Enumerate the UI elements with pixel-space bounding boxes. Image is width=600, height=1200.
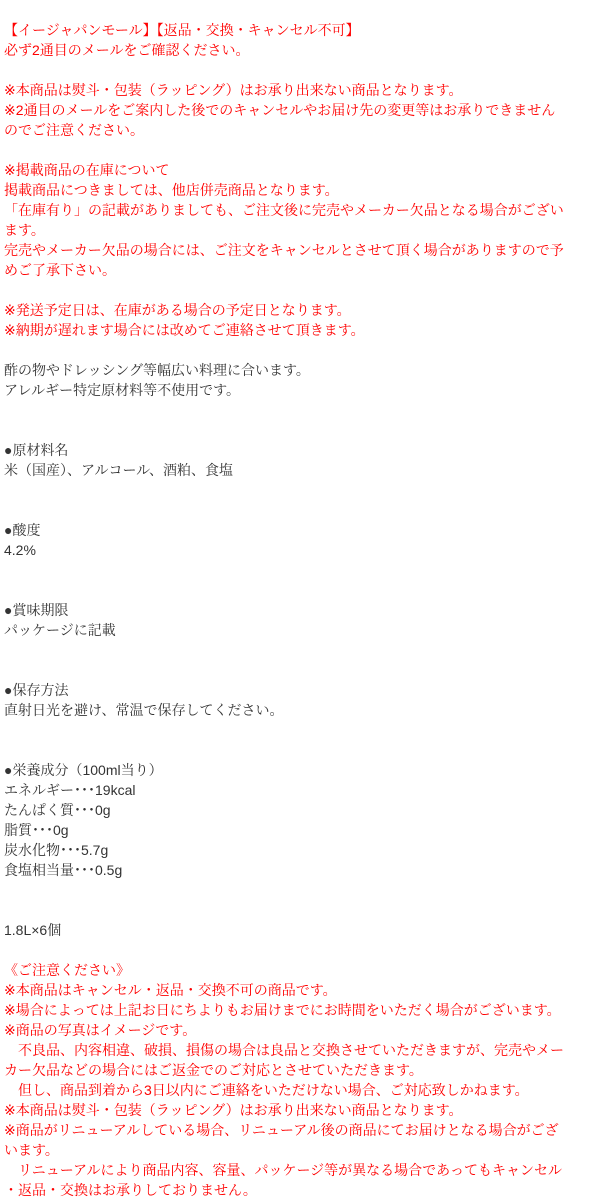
nutrition-value: 0g [53,822,69,838]
ingredients-value: 米（国産）、アルコール、酒粕、食塩 [4,460,595,480]
expiry-section: ●賞味期限 パッケージに記載 [4,600,595,640]
nutrition-separator: ･･･ [60,842,81,858]
shipping-date-notice: ※発送予定日は、在庫がある場合の予定日となります。 ※納期が遅れます場合には改め… [4,300,595,340]
storage-heading: ●保存方法 [4,680,595,700]
nutrition-heading: ●栄養成分（100ml当り） [4,760,595,780]
ingredients-heading: ●原材料名 [4,440,595,460]
nutrition-label: 脂質 [4,822,32,838]
product-description: 酢の物やドレッシング等幅広い料理に合います。 アレルギー特定原材料等不使用です。 [4,360,595,400]
nutrition-label: エネルギー [4,782,74,798]
nutrition-value: 19kcal [95,782,135,798]
nutrition-row-salt: 食塩相当量･･･0.5g [4,860,595,880]
nutrition-value: 0g [95,802,111,818]
mall-header-notice: 【イージャパンモール】【返品・交換・キャンセル不可】 必ず2通目のメールをご確認… [4,20,595,60]
nutrition-label: 食塩相当量 [4,862,74,878]
nutrition-row-carbohydrate: 炭水化物･･･5.7g [4,840,595,860]
nutrition-label: 炭水化物 [4,842,60,858]
nutrition-row-fat: 脂質･･･0g [4,820,595,840]
product-info-page: 【イージャパンモール】【返品・交換・キャンセル不可】 必ず2通目のメールをご確認… [0,0,600,1200]
nutrition-label: たんぱく質 [4,802,74,818]
nutrition-separator: ･･･ [32,822,53,838]
ingredients-section: ●原材料名 米（国産）、アルコール、酒粕、食塩 [4,440,595,480]
nutrition-value: 5.7g [81,842,108,858]
package-size: 1.8L×6個 [4,920,595,940]
acidity-section: ●酸度 4.2% [4,520,595,560]
nutrition-row-energy: エネルギー･･･19kcal [4,780,595,800]
stock-notice: ※掲載商品の在庫について 掲載商品につきましては、他店併売商品となります。 「在… [4,160,595,280]
expiry-heading: ●賞味期限 [4,600,595,620]
storage-section: ●保存方法 直射日光を避け、常温で保存してください。 [4,680,595,720]
nutrition-row-protein: たんぱく質･･･0g [4,800,595,820]
expiry-value: パッケージに記載 [4,620,595,640]
acidity-value: 4.2% [4,540,595,560]
nutrition-separator: ･･･ [74,862,95,878]
nutrition-separator: ･･･ [74,782,95,798]
acidity-heading: ●酸度 [4,520,595,540]
caution-notice: 《ご注意ください》 ※本商品はキャンセル・返品・交換不可の商品です。 ※場合によ… [4,960,595,1200]
nutrition-value: 0.5g [95,862,122,878]
storage-value: 直射日光を避け、常温で保存してください。 [4,700,595,720]
nutrition-section: ●栄養成分（100ml当り） エネルギー･･･19kcal たんぱく質･･･0g… [4,760,595,880]
gift-wrap-notice: ※本商品は熨斗・包装（ラッピング）はお承り出来ない商品となります。 ※2通目のメ… [4,80,595,140]
nutrition-separator: ･･･ [74,802,95,818]
